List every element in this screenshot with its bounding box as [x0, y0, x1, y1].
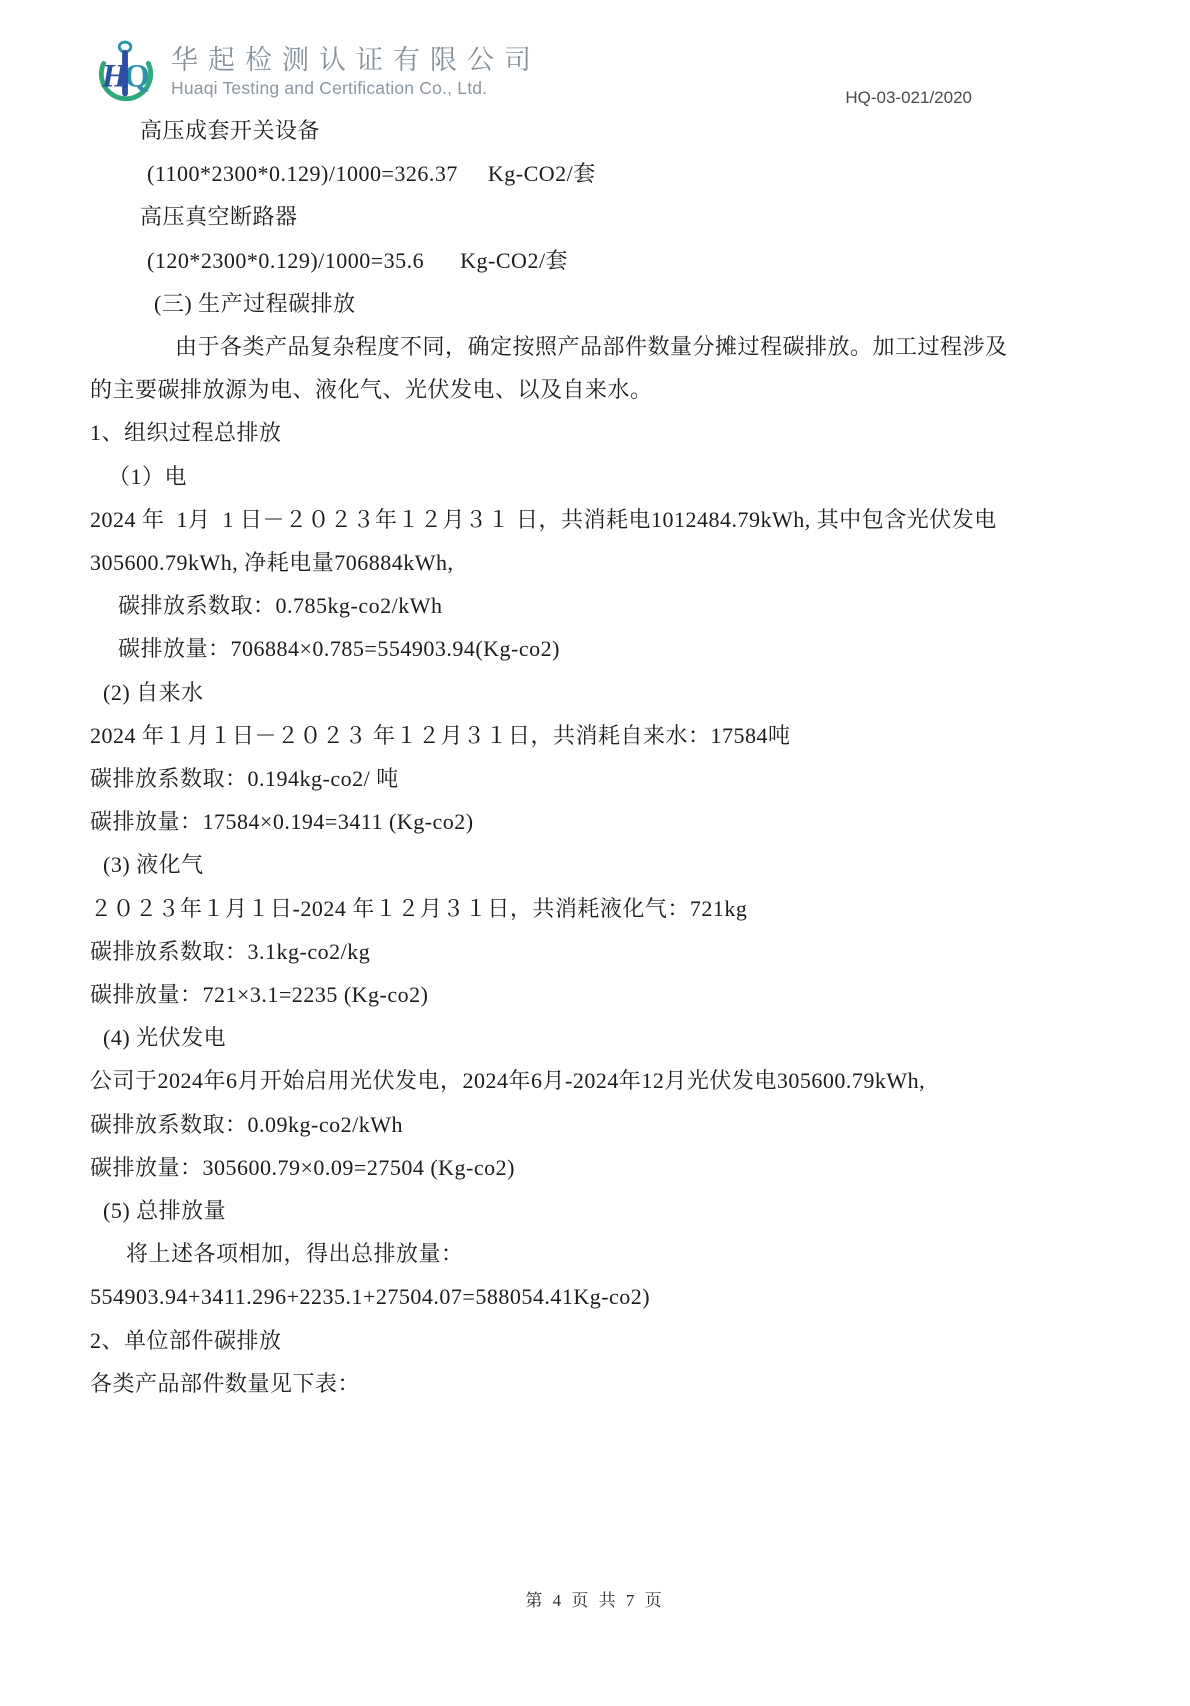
logo-names: 华起检测认证有限公司 Huaqi Testing and Certificati… — [171, 38, 541, 100]
paragraph-line: 高压成套开关设备 — [90, 109, 1104, 152]
document-page: H Q 华起检测认证有限公司 Huaqi Testing and Certifi… — [0, 0, 1190, 1706]
paragraph-line: 2、单位部件碳排放 — [90, 1319, 1104, 1362]
paragraph-line: (4) 光伏发电 — [90, 1016, 1104, 1059]
paragraph-line: 2024 年１月１日－２０２３ 年１２月３１日，共消耗自来水：17584吨 — [90, 714, 1104, 757]
paragraph-line: (120*2300*0.129)/1000=35.6 Kg-CO2/套 — [90, 239, 1104, 282]
logo-emblem-icon: H Q — [95, 40, 157, 110]
paragraph-line: 1、组织过程总排放 — [90, 411, 1104, 454]
paragraph-line: 各类产品部件数量见下表： — [90, 1362, 1104, 1405]
paragraph-line: (3) 液化气 — [90, 843, 1104, 886]
company-name-en: Huaqi Testing and Certification Co., Ltd… — [171, 76, 541, 100]
document-body: 高压成套开关设备(1100*2300*0.129)/1000=326.37 Kg… — [90, 109, 1104, 1405]
paragraph-line: 高压真空断路器 — [90, 195, 1104, 238]
paragraph-line: (2) 自来水 — [90, 671, 1104, 714]
paragraph-line: 碳排放系数取：0.785kg-co2/kWh — [90, 584, 1104, 627]
paragraph-line: 由于各类产品复杂程度不同，确定按照产品部件数量分摊过程碳排放。加工过程涉及 — [90, 325, 1104, 368]
paragraph-line: ２０２３年１月１日-2024 年１２月３１日，共消耗液化气：721kg — [90, 887, 1104, 930]
paragraph-line: 碳排放量：706884×0.785=554903.94(Kg-co2) — [90, 627, 1104, 670]
page-number-text: 第 4 页 共 7 页 — [525, 1591, 664, 1610]
paragraph-line: 碳排放系数取：0.194kg-co2/ 吨 — [90, 757, 1104, 800]
page-header: H Q 华起检测认证有限公司 Huaqi Testing and Certifi… — [95, 38, 1102, 110]
paragraph-line: 碳排放系数取：0.09kg-co2/kWh — [90, 1103, 1104, 1146]
paragraph-line: 的主要碳排放源为电、液化气、光伏发电、以及自来水。 — [90, 368, 1104, 411]
paragraph-line: 2024 年 1月 1 日－２０２３年１２月３１ 日，共消耗电1012484.7… — [90, 498, 1104, 541]
company-name-cn: 华起检测认证有限公司 — [171, 44, 541, 76]
paragraph-line: （1）电 — [90, 455, 1104, 498]
page-footer: 第 4 页 共 7 页 — [0, 1586, 1190, 1611]
paragraph-line: 将上述各项相加，得出总排放量： — [90, 1232, 1104, 1275]
paragraph-line: (5) 总排放量 — [90, 1189, 1104, 1232]
document-number: HQ-03-021/2020 — [845, 88, 972, 108]
paragraph-line: 公司于2024年6月开始启用光伏发电，2024年6月-2024年12月光伏发电3… — [90, 1059, 1104, 1102]
paragraph-line: 碳排放系数取：3.1kg-co2/kg — [90, 930, 1104, 973]
paragraph-line: (1100*2300*0.129)/1000=326.37 Kg-CO2/套 — [90, 152, 1104, 195]
paragraph-line: (三) 生产过程碳排放 — [90, 282, 1104, 325]
paragraph-line: 碳排放量：721×3.1=2235 (Kg-co2) — [90, 973, 1104, 1016]
paragraph-line: 碳排放量：17584×0.194=3411 (Kg-co2) — [90, 800, 1104, 843]
paragraph-line: 碳排放量：305600.79×0.09=27504 (Kg-co2) — [90, 1146, 1104, 1189]
paragraph-line: 554903.94+3411.296+2235.1+27504.07=58805… — [90, 1275, 1104, 1318]
paragraph-line: 305600.79kWh, 净耗电量706884kWh, — [90, 541, 1104, 584]
